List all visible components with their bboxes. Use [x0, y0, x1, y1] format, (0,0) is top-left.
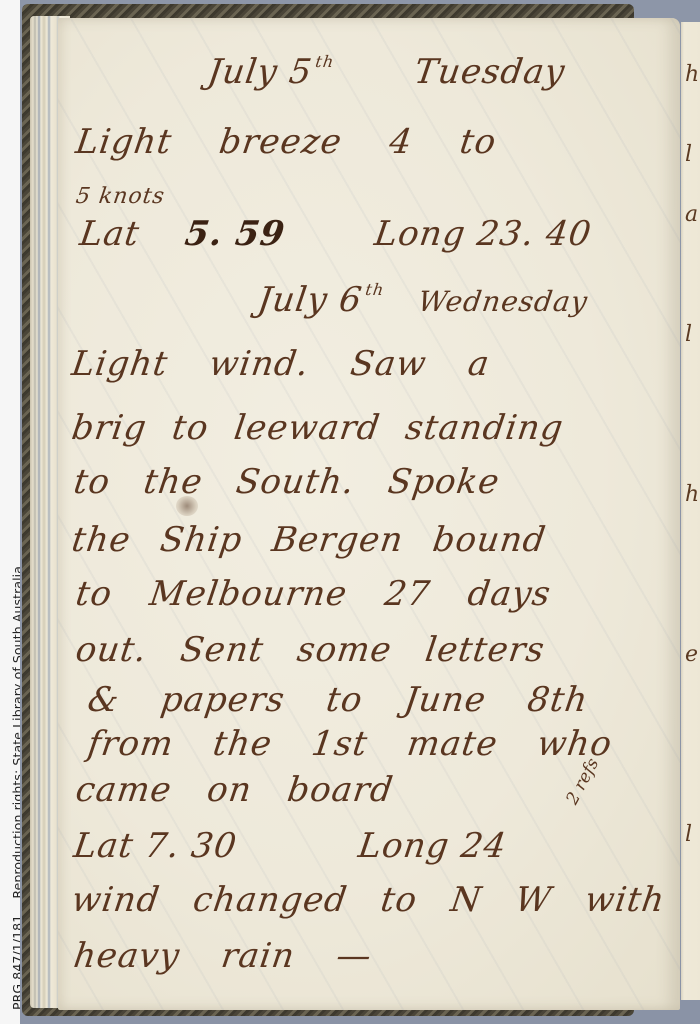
opposite-page-edge: h l a l h e l — [681, 22, 700, 1000]
journal-line-position: Lat 7. 30 Long 24 — [71, 826, 509, 866]
diary-page: July 5th Tuesday Light breeze 4 to 5 kno… — [58, 18, 680, 1010]
heading-date: July 6 — [255, 280, 365, 320]
heading-weekday: Wednesday — [416, 285, 590, 318]
text-fragment: l — [685, 322, 692, 347]
journal-line-position: Lat 5. 59 Long 23. 40 — [77, 214, 594, 254]
journal-line: & papers to June 8th — [85, 680, 591, 720]
journal-line: 5 knots — [74, 184, 166, 209]
entry-heading-july-5: July 5th Tuesday — [205, 52, 568, 92]
journal-line: Light breeze 4 to — [73, 122, 499, 162]
credit-strip: PRG 847/1/181 Reproduction rights: State… — [0, 0, 20, 1024]
text-fragment: h — [685, 62, 699, 87]
text-fragment: l — [685, 142, 692, 167]
journal-line: wind changed to N W with — [69, 880, 667, 920]
lat-value: 5. 59 — [183, 214, 288, 254]
text-fragment: a — [685, 202, 698, 227]
journal-line: Light wind. Saw a — [69, 344, 492, 384]
journal-line: to Melbourne 27 days — [73, 574, 553, 614]
lat-value: Lat 7. 30 — [71, 826, 239, 866]
heading-ordinal: th — [364, 280, 385, 299]
text-fragment: l — [685, 822, 692, 847]
text-fragment: h — [685, 482, 699, 507]
journal-line: out. Sent some letters — [73, 630, 547, 670]
journal-line: the Ship Bergen bound — [69, 520, 548, 560]
heading-date: July 5 — [205, 52, 315, 92]
text-fragment: e — [685, 642, 698, 667]
document-viewer: PRG 847/1/181 Reproduction rights: State… — [0, 0, 700, 1024]
journal-line: came on board — [73, 770, 396, 810]
journal-line: heavy rain — — [71, 936, 374, 976]
journal-line: brig to leeward standing — [69, 408, 566, 448]
journal-line: from the 1st mate who — [85, 724, 615, 764]
long-value: Long 23. 40 — [372, 214, 594, 254]
long-value: Long 24 — [356, 826, 509, 866]
journal-line: to the South. Spoke — [71, 462, 502, 502]
ink-stain — [176, 496, 198, 516]
entry-heading-july-6: July 6th Wednesday — [255, 280, 591, 320]
lat-label: Lat — [77, 214, 142, 254]
heading-ordinal: th — [314, 52, 335, 71]
heading-weekday: Tuesday — [412, 52, 568, 92]
